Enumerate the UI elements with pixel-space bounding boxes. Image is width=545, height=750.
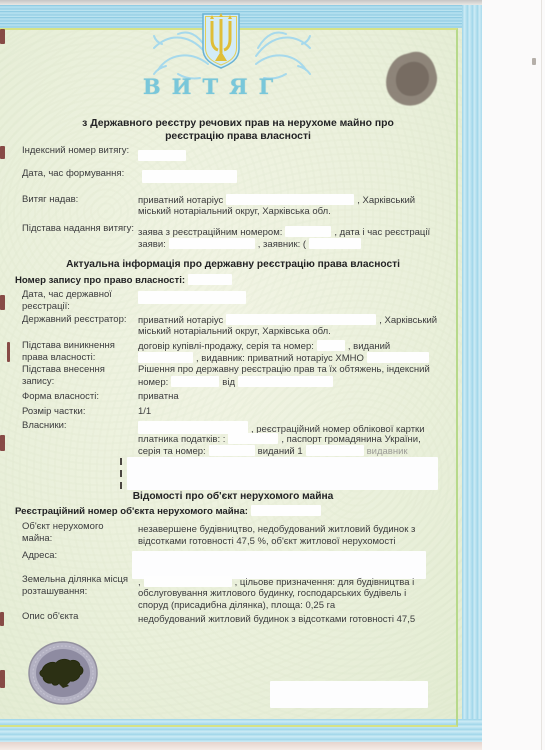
field-value-object: незавершене будівництво, недобудований ж… xyxy=(138,524,454,548)
redaction-box xyxy=(367,352,429,363)
ukraine-map-hologram-seal xyxy=(26,639,100,707)
redaction-box xyxy=(144,576,232,587)
field-value-index-number xyxy=(138,150,454,163)
value-text: 1/1 xyxy=(138,406,151,417)
field-value-description: недобудований житловий будинок з відсотк… xyxy=(138,614,454,626)
field-object-reg-number: Реєстраційний номер об'єкта нерухомого м… xyxy=(15,505,324,517)
field-label-description: Опис об'єкта xyxy=(22,611,134,623)
redaction-box xyxy=(188,274,232,285)
value-text: обслуговування житлового будинку, господ… xyxy=(138,588,406,599)
field-label-owners: Власники: xyxy=(22,420,134,432)
redaction-box xyxy=(138,150,186,161)
value-text: , Харківський xyxy=(357,195,415,206)
redaction-box xyxy=(238,376,333,387)
scan-artifact xyxy=(0,29,5,44)
value-text: міський нотаріальний округ, Харківська о… xyxy=(138,326,331,337)
label-text: Державний реєстратор: xyxy=(22,314,127,325)
scan-artifact xyxy=(0,295,5,310)
redaction-box xyxy=(226,194,354,205)
redaction-box xyxy=(226,314,376,325)
value-text: платника податків: : xyxy=(138,434,225,445)
field-label-origin: Підстава виникнення права власності: xyxy=(22,340,134,364)
field-label-entry-basis: Підстава внесення запису: xyxy=(22,364,134,388)
field-value-grant-basis: заява з реєстраційним номером:, дата і ч… xyxy=(138,226,454,250)
label-text: Розмір частки: xyxy=(22,406,85,417)
text-fragment xyxy=(120,458,122,465)
value-text-faint: видавник xyxy=(367,446,408,457)
redaction-box xyxy=(138,291,246,304)
scan-artifact xyxy=(0,612,4,626)
field-value-land: ,, цільове призначення: для будівництва … xyxy=(138,576,454,612)
redaction-box-bottom xyxy=(270,681,428,708)
field-label-provided-by: Витяг надав: xyxy=(22,194,134,206)
text-fragment xyxy=(120,482,122,489)
value-text: міський нотаріальний округ, Харківська о… xyxy=(138,206,331,217)
field-label-reg-datetime: Дата, час державної реєстрації: xyxy=(22,289,134,313)
value-text: заяви: xyxy=(138,239,166,250)
redaction-box xyxy=(142,170,237,183)
field-label-grant-basis: Підстава надання витягу: xyxy=(22,223,134,235)
field-label-share: Розмір частки: xyxy=(22,406,134,418)
label-text: Підстава внесення запису: xyxy=(22,364,105,387)
label-text: Підстава виникнення права власності: xyxy=(22,340,115,363)
value-text: , xyxy=(138,577,141,588)
label-text: Дата, час формування: xyxy=(22,168,124,179)
value-text: незавершене будівництво, недобудований ж… xyxy=(138,524,415,535)
value-text: серія та номер: xyxy=(138,446,206,457)
ukraine-trident-icon xyxy=(201,13,241,69)
redaction-box xyxy=(138,352,193,363)
scan-artifact xyxy=(0,146,5,159)
redaction-box xyxy=(317,340,345,351)
field-value-provided-by: приватний нотаріус, Харківський міський … xyxy=(138,194,454,218)
field-label-land: Земельна ділянка місця розташування: xyxy=(22,574,134,598)
value-text: відсотками готовності 47,5 %, об'єкт жит… xyxy=(138,536,396,547)
value-text: приватна xyxy=(138,391,179,402)
stamp-smudge-icon xyxy=(383,50,439,108)
label-text: Підстава надання витягу: xyxy=(22,223,134,234)
redaction-box xyxy=(209,445,255,456)
field-label-index-number: Індексний номер витягу: xyxy=(22,145,134,157)
text-fragment xyxy=(120,470,122,477)
field-label-object: Об'єкт нерухомого майна: xyxy=(22,521,134,545)
label-text: Земельна ділянка місця розташування: xyxy=(22,574,128,597)
redaction-box xyxy=(285,226,331,237)
document-title: ВИТЯГ xyxy=(60,74,356,99)
field-value-origin: договір купівлі-продажу, серія та номер:… xyxy=(138,340,454,364)
redaction-box xyxy=(228,433,278,444)
value-text: , видавник: приватний нотаріус ХМНО xyxy=(196,353,364,364)
label-text: Витяг надав: xyxy=(22,194,78,205)
scan-artifact xyxy=(532,58,536,65)
value-text: заява з реєстраційним номером: xyxy=(138,227,282,238)
field-label-ownership-form: Форма власності: xyxy=(22,391,134,403)
value-text: договір купівлі-продажу, серія та номер: xyxy=(138,341,314,352)
field-value-share: 1/1 xyxy=(138,406,454,418)
field-label-address: Адреса: xyxy=(22,550,134,562)
scan-artifact xyxy=(0,670,5,688)
label-text: Дата, час державної реєстрації: xyxy=(22,289,112,312)
scan-artifact xyxy=(7,342,10,362)
document-subtitle: з Державного реєстру речових прав на нер… xyxy=(40,117,436,143)
field-value-registrar: приватний нотаріус, Харківський міський … xyxy=(138,314,454,338)
value-text: виданий 1 xyxy=(258,446,303,457)
value-text: , паспорт громадянина України, xyxy=(281,434,420,445)
label-text: Реєстраційний номер об'єкта нерухомого м… xyxy=(15,506,248,517)
label-text: Форма власності: xyxy=(22,391,99,402)
redaction-box-address xyxy=(132,551,426,579)
value-text: номер: xyxy=(138,377,168,388)
value-text: Рішення про державну реєстрацію прав та … xyxy=(138,364,430,375)
field-value-ownership-form: приватна xyxy=(138,391,454,403)
section-heading-current-info: Актуальна інформація про державну реєстр… xyxy=(10,259,456,270)
scanned-document: ВИТЯГ з Державного реєстру речових прав … xyxy=(0,0,545,750)
label-text: Опис об'єкта xyxy=(22,611,78,622)
value-text: , дата і час реєстрації xyxy=(334,227,430,238)
redaction-box xyxy=(169,238,255,249)
field-label-registrar: Державний реєстратор: xyxy=(22,314,134,326)
field-value-formation xyxy=(138,170,454,185)
label-text: Номер запису про право власності: xyxy=(15,275,185,286)
field-value-owners: , реєстраційний номер облікової картки п… xyxy=(138,421,454,457)
certificate-content: ВИТЯГ з Державного реєстру речових прав … xyxy=(0,0,545,750)
value-text: , Харківський xyxy=(379,315,437,326)
field-value-entry-basis: Рішення про державну реєстрацію прав та … xyxy=(138,364,454,388)
scan-artifact xyxy=(0,435,5,451)
redaction-box-large xyxy=(127,457,438,490)
redaction-box xyxy=(309,238,361,249)
value-text: , виданий xyxy=(348,341,390,352)
value-text: приватний нотаріус xyxy=(138,315,223,326)
field-record-number: Номер запису про право власності: xyxy=(15,274,235,286)
field-label-formation: Дата, час формування: xyxy=(22,168,134,180)
redaction-box xyxy=(251,505,321,516)
value-text: , заявник: ( xyxy=(258,239,306,250)
redaction-box xyxy=(171,376,219,387)
label-text: Об'єкт нерухомого майна: xyxy=(22,521,103,544)
redaction-box xyxy=(306,445,364,456)
label-text: Адреса: xyxy=(22,550,57,561)
value-text: , цільове призначення: для будівництва і xyxy=(235,577,415,588)
subtitle-line: з Державного реєстру речових прав на нер… xyxy=(82,118,394,129)
value-text: від xyxy=(222,377,235,388)
value-text: споруд (присадибна ділянка), площа: 0,25… xyxy=(138,600,335,611)
label-text: Індексний номер витягу: xyxy=(22,145,129,156)
section-heading-property-info: Відомості про об'єкт нерухомого майна xyxy=(10,491,456,502)
value-text: приватний нотаріус xyxy=(138,195,223,206)
subtitle-line: реєстрацію права власності xyxy=(165,131,311,142)
label-text: Власники: xyxy=(22,420,67,431)
value-text: недобудований житловий будинок з відсотк… xyxy=(138,614,415,625)
field-value-reg-datetime xyxy=(138,291,454,306)
